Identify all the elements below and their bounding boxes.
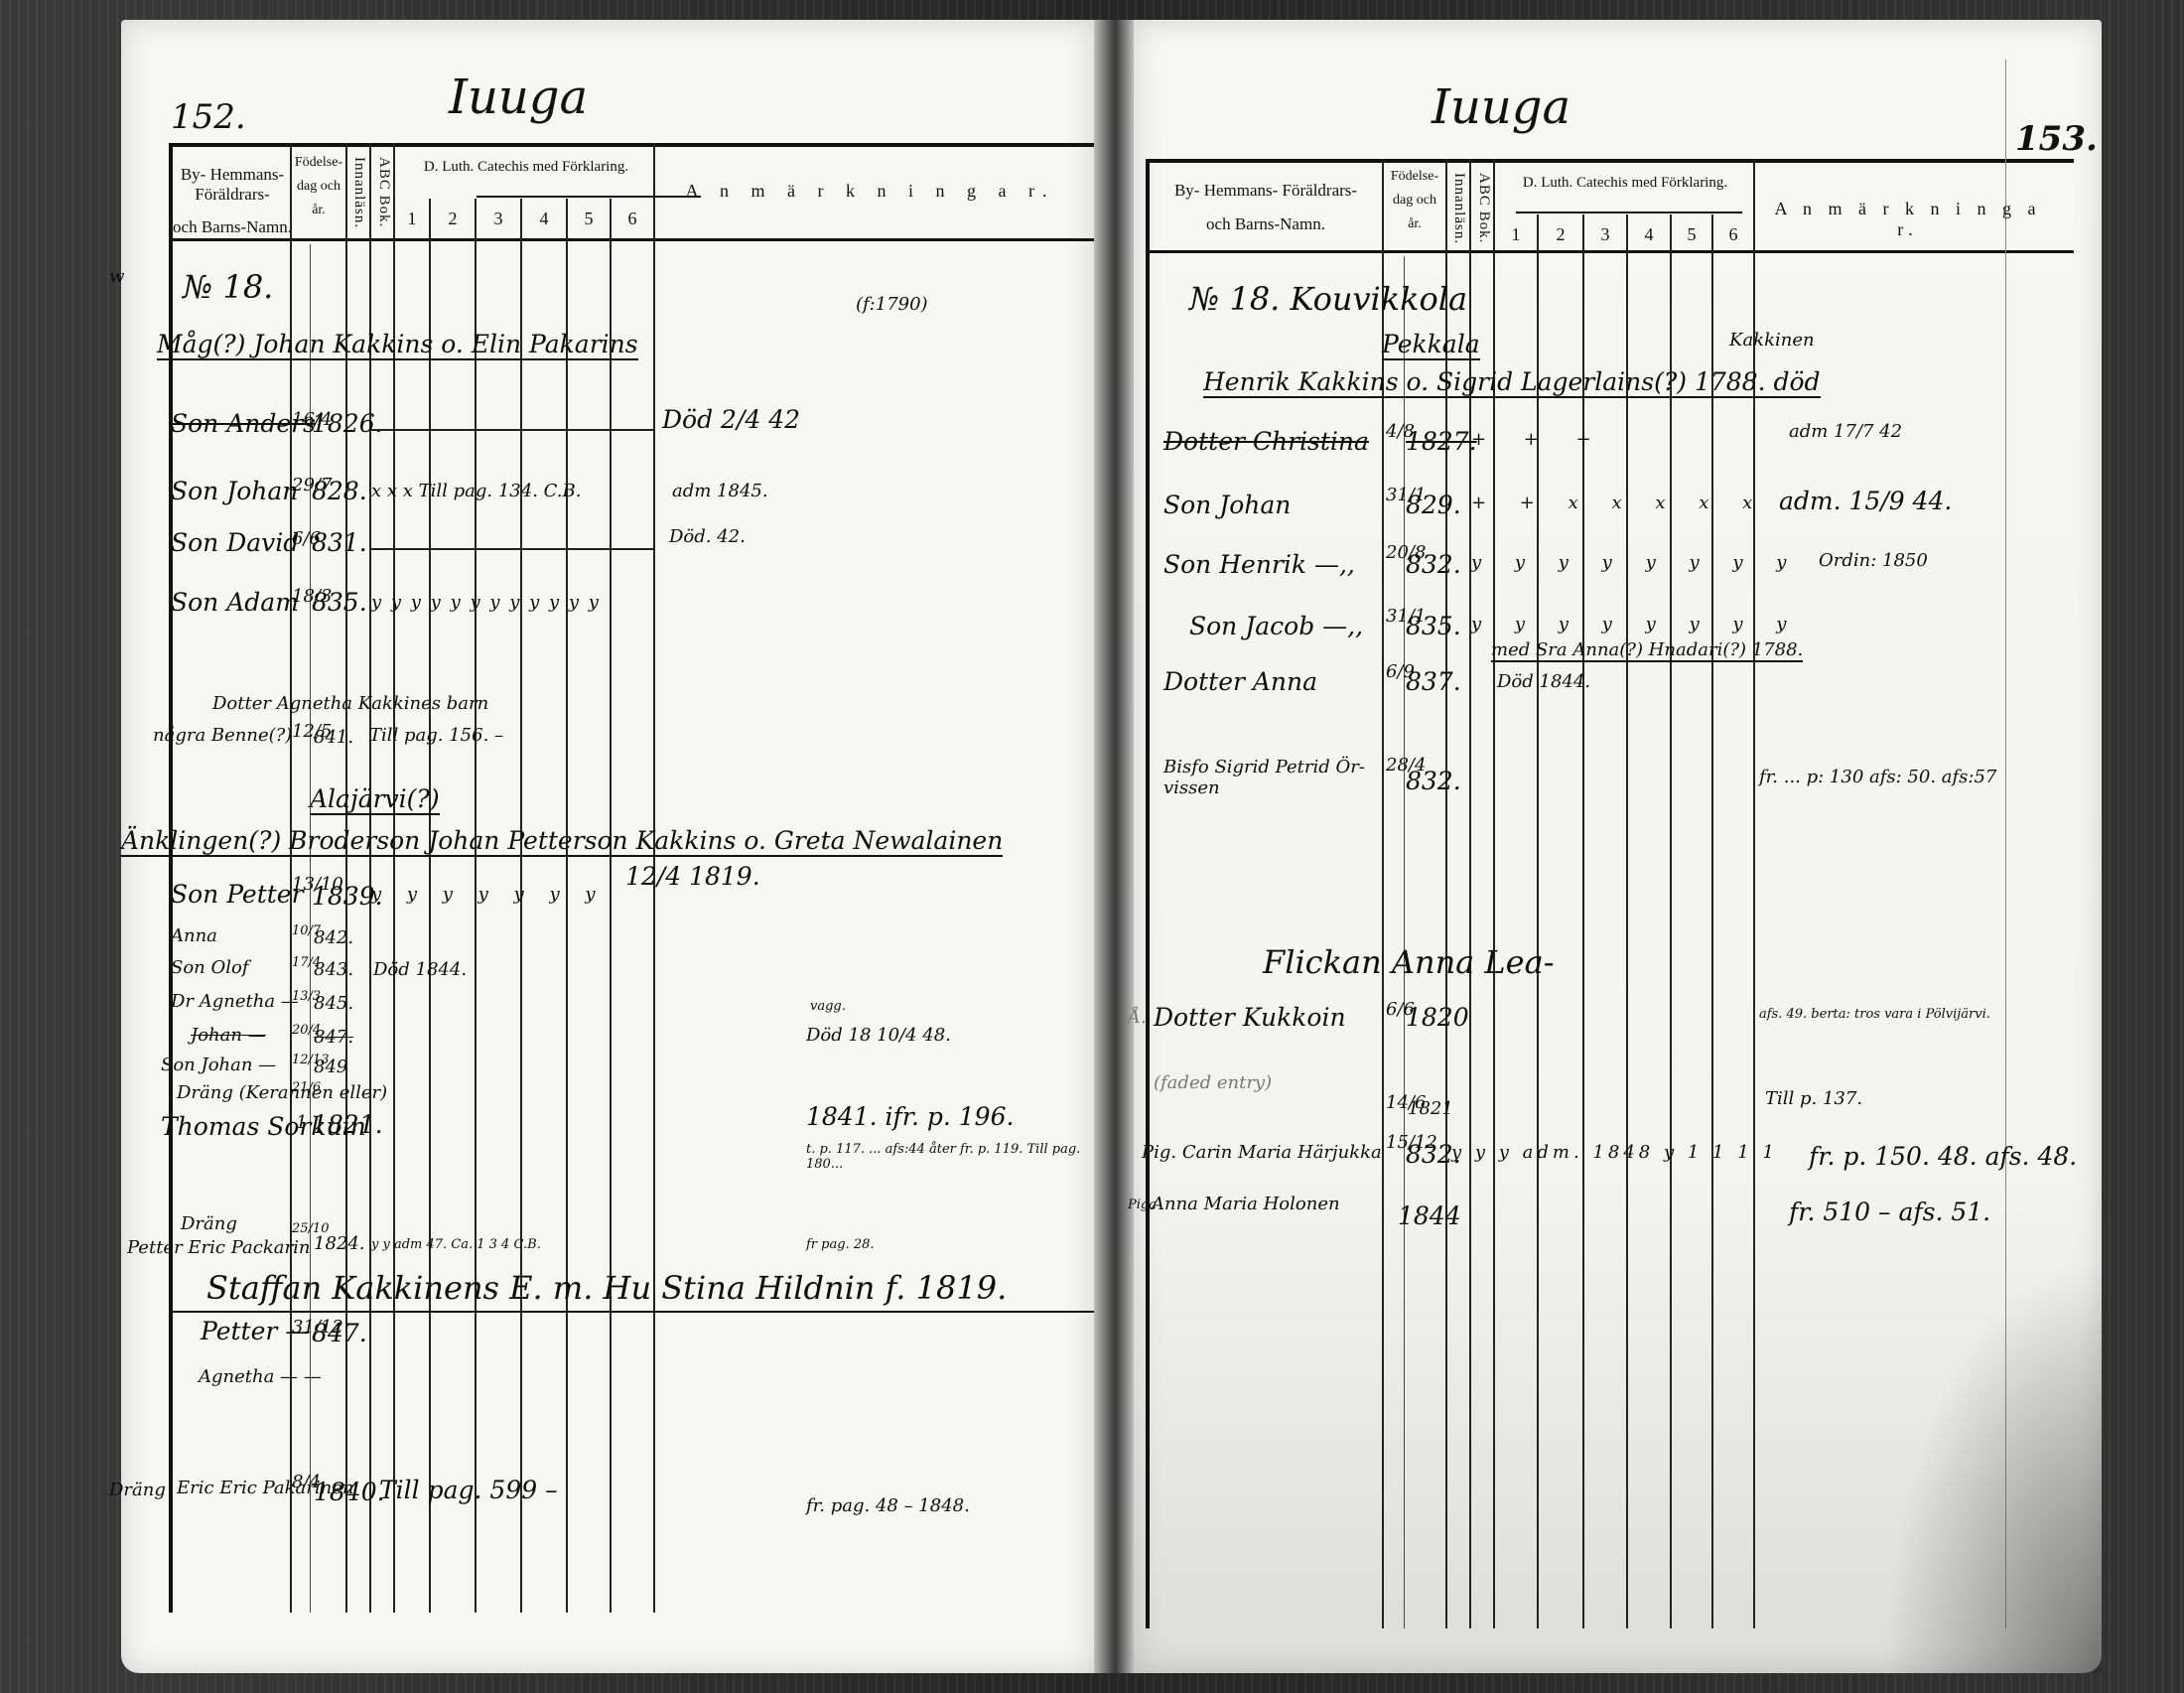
entry-remark: adm. 15/9 44. [1779, 487, 1952, 515]
entry-year: 832. [1406, 550, 1461, 579]
header-cat-col-4: 4 [522, 209, 566, 229]
entry-margin: Dräng [109, 1480, 166, 1500]
header-catechism: D. Luth. Catechis med Förklaring. [1495, 175, 1755, 192]
entry-name: Dotter Agnetha Kakkines barn [212, 693, 488, 714]
parents-line: Henrik Kakkins o. Sigrid Lagerlains(?) 1… [1203, 367, 1821, 398]
entry-name: Dotter Anna [1163, 667, 1317, 696]
entry-name: Dotter Christina [1163, 427, 1369, 456]
entry-name: Dotter Kukkoin [1154, 1003, 1346, 1032]
header-catechism: D. Luth. Catechis med Förklaring. [397, 159, 655, 176]
entry-remark: Död 2/4 42 [662, 405, 800, 434]
entry-name: Dräng (Kerannen eller) [177, 1082, 387, 1103]
entry-name: Son David [171, 528, 299, 557]
entry-name: Son Johan — [161, 1055, 276, 1075]
entry-name: Son Jacob —,, [1189, 612, 1363, 640]
header-cat-col-5: 5 [1672, 224, 1711, 245]
entry-name: några Benne(?) [153, 725, 292, 746]
header-names-line1: By- Hemmans- Föräldrars- [1150, 181, 1382, 201]
header-names: By- Hemmans- Föräldrars- och Barns-Namn. [173, 165, 292, 237]
entry-year: 841. [314, 727, 353, 748]
header-cat-col-2: 2 [431, 209, 475, 229]
entry-remark: fr pag. 28. [806, 1237, 875, 1252]
col-line-cat4 [1670, 214, 1672, 1628]
table-top-rule [169, 143, 1094, 147]
entry-year: 832. [1406, 767, 1461, 795]
entry-marks: y y y y y y y [371, 884, 606, 905]
entry-remark: fr. p. 150. 48. afs. 48. [1809, 1142, 2077, 1171]
parents-line: Änklingen(?) Broderson Johan Petterson K… [121, 826, 1003, 857]
entry-year: 1820 [1406, 1003, 1469, 1032]
header-names-line2: och Barns-Namn. [1150, 214, 1382, 234]
surname-above: Kakkinen [1729, 330, 1815, 351]
col-line-cat1 [1537, 214, 1539, 1628]
entry-margin: Å. [1128, 1007, 1147, 1028]
header-cat-col-4: 4 [1628, 224, 1670, 245]
entry-name: Anna [171, 925, 217, 946]
entry-marks: + + + [1471, 429, 1607, 450]
ledger-left-border [1146, 159, 1150, 1628]
entry-remark: adm 17/7 42 [1789, 421, 1902, 442]
entry-remark: Död. 42. [669, 526, 746, 547]
entry-name: Son Johan [171, 477, 298, 505]
entry-remark: Ordin: 1850 [1819, 550, 1928, 571]
entry-marks: x x x Till pag. 134. C.B. [371, 481, 581, 501]
entry-marks: y y y y y y y y [1471, 614, 1800, 635]
header-birth-line1: Födelse- [1384, 169, 1445, 185]
entry-marks: y y adm 47. Ca. 1 3 4 C.B. [371, 1237, 541, 1252]
entry-remark: fr. pag. 48 – 1848. [806, 1495, 970, 1516]
entry-remark: Död 18 10/4 48. [806, 1025, 951, 1046]
entry-name: Agnetha — — [199, 1366, 322, 1387]
catechism-subheader-rule [1516, 212, 1742, 213]
entry-year: 1826. [312, 409, 383, 438]
header-cat-col-6: 6 [1713, 224, 1753, 245]
col-line-cat3 [520, 199, 522, 1613]
left-page: 152. Iuuga By- Hemmans- Föräldrars- och … [121, 20, 1094, 1673]
entry-dash [369, 548, 653, 550]
header-cat-col-1: 1 [395, 209, 429, 229]
entry-marks: y y y y y y y y y y y y [371, 592, 601, 613]
parents-line: Staffan Kakkinens E. m. Hu Stina Hildnin… [206, 1269, 1007, 1307]
header-remarks: A n m ä r k n i n g a r. [1759, 199, 2057, 239]
header-birth-line3: år. [1384, 216, 1445, 232]
entry-marks: Död 1844. [373, 959, 467, 980]
header-cat-col-5: 5 [568, 209, 610, 229]
col-line-abc [393, 143, 395, 1613]
col-line-cat5 [1711, 214, 1713, 1628]
header-cat-col-1: 1 [1495, 224, 1537, 245]
header-birth: Födelse- dag och år. [1384, 169, 1445, 232]
entry-remark: t. p. 117. ... afs:44 åter fr. p. 119. T… [806, 1142, 1084, 1172]
col-line-cat5 [610, 199, 612, 1613]
parish-title: Iuuga [1432, 79, 1570, 135]
header-abc-bok: ABC Bok. [372, 153, 392, 232]
header-birth-line2: dag och [292, 179, 345, 195]
entry-year: 1844 [1398, 1201, 1461, 1230]
entry-day: 21/6 [292, 1080, 321, 1095]
entry-year: 847. [312, 1319, 367, 1347]
entry-name: Son Henrik —,, [1163, 550, 1355, 579]
col-line-innanlasn [369, 143, 371, 1613]
entry-marks: Till pag. 156. – [369, 725, 503, 746]
header-names-line1: By- Hemmans- Föräldrars- [173, 165, 292, 204]
entry-year: 835. [1406, 612, 1461, 640]
entry-name: Dräng [181, 1213, 237, 1234]
entry-name: Bisfo Sigrid Petrid Ör- vissen [1163, 757, 1372, 798]
entry-marks: + + x x x x x [1471, 493, 1766, 513]
page-edge-rule [2005, 60, 2006, 1628]
header-cat-col-6: 6 [612, 209, 653, 229]
entry-year: 842. [314, 927, 353, 948]
entry-year: 829. [1406, 491, 1461, 519]
header-birth: Födelse- dag och år. [292, 155, 345, 218]
table-top-rule [1146, 159, 2074, 163]
header-birth-line1: Födelse- [292, 155, 345, 171]
entry-dash [369, 429, 653, 431]
entry-remark: fr. 510 – afs. 51. [1789, 1198, 1990, 1226]
col-line-cat2 [475, 199, 477, 1613]
parents-note: (f:1790) [856, 294, 928, 315]
entry-marks: Död 1844. [1497, 671, 1590, 692]
annotation: med Sra Anna(?) Hnadari(?) 1788. [1491, 639, 1803, 662]
page-number: 152. [171, 97, 246, 137]
header-cat-col-2: 2 [1539, 224, 1582, 245]
entry-year: 835. [312, 588, 367, 617]
header-abc-bok: ABC Bok. [1472, 169, 1492, 248]
header-innanlasn: Innanläsn. [347, 153, 367, 232]
header-birth-line3: år. [292, 203, 345, 218]
entry-marks: Till pag. 599 – [379, 1476, 558, 1504]
col-line-cat3 [1626, 214, 1628, 1628]
col-line-cat1 [429, 199, 431, 1613]
parents-line: Måg(?) Johan Kakkins o. Elin Pakarins [157, 330, 638, 360]
entry-year: 831. [312, 528, 367, 557]
household-number: № 18. [183, 268, 273, 306]
entry-year: 845. [314, 993, 353, 1014]
entry-name: Son Petter [171, 880, 304, 909]
entry-year: 849 [314, 1057, 347, 1077]
entry-year: 847. [314, 1027, 353, 1048]
header-cat-col-3: 3 [1584, 224, 1626, 245]
entry-name: Petter Eric Packarin [127, 1237, 310, 1258]
entry-remark: vagg. [810, 999, 846, 1014]
col-line-cat2 [1582, 214, 1584, 1628]
entry-name: Son Olof [171, 957, 249, 978]
entry-name: Anna Maria Holonen [1152, 1194, 1340, 1214]
entry-year: 1840. [314, 1478, 385, 1506]
header-names-line2: och Barns-Namn. [173, 217, 292, 237]
header-birth-line2: dag och [1384, 193, 1445, 209]
household-number: № 18. Kouvikkola [1189, 280, 1467, 318]
right-page: Iuuga 153. By- Hemmans- Föräldrars- och … [1134, 20, 2102, 1673]
entry-marks: y y y adm. 1848 y 1 1 1 1 [1451, 1142, 1778, 1163]
entry-year: 843. [314, 959, 353, 980]
entry-year: 837. [1406, 667, 1461, 696]
entry-name: (faded entry) [1154, 1072, 1272, 1093]
section-divider [173, 1311, 1094, 1313]
entry-remark: Till p. 137. [1765, 1088, 1862, 1109]
col-line-day [1404, 256, 1405, 1628]
header-names: By- Hemmans- Föräldrars- och Barns-Namn. [1150, 181, 1382, 233]
header-bottom-rule [173, 238, 1094, 241]
entry-year: 1821. [312, 1110, 383, 1139]
entry-name: Johan — [191, 1025, 266, 1046]
header-innanlasn: Innanläsn. [1447, 169, 1467, 248]
entry-remark: adm 1845. [672, 481, 768, 501]
entry-name: Pig. Carin Maria Härjukka [1142, 1142, 1382, 1163]
header-remarks: A n m ä r k n i n g a r. [657, 181, 1084, 202]
entry-year: 1827. [1406, 427, 1477, 456]
entry-remark: afs. 49. berta: tros vara i Pölvijärvi. [1759, 1007, 2007, 1022]
ledger-left-border [169, 143, 173, 1613]
page-number: 153. [2015, 119, 2098, 159]
household-heading: Flickan Anna Lea- [1263, 943, 1555, 981]
entry-name: Dr Agnetha — [171, 991, 299, 1012]
entry-year: 1824. [314, 1233, 365, 1254]
parents-date: 12/4 1819. [625, 862, 760, 891]
entry-remark: fr. ... p: 130 afs: 50. afs:57 [1759, 767, 1996, 787]
entry-year: 828. [312, 477, 367, 505]
entry-name: Son Adam [171, 588, 299, 617]
header-cat-col-3: 3 [477, 209, 520, 229]
col-line-cat4 [566, 199, 568, 1613]
col-line-birth [345, 143, 347, 1613]
entry-day: 1 [296, 1112, 307, 1133]
entry-year: 1821 [1408, 1098, 1453, 1119]
farm-name: Pekkala [1382, 330, 1480, 360]
header-bottom-rule [1150, 250, 2074, 253]
entry-name: Son Johan [1163, 491, 1291, 519]
entry-remark: 1841. ifr. p. 196. [806, 1102, 1014, 1131]
book-gutter [1094, 20, 1134, 1673]
place-name: Alajärvi(?) [310, 784, 440, 815]
margin-mark: w [109, 266, 124, 287]
entry-marks: y y y y y y y y [1471, 552, 1800, 573]
parish-title: Iuuga [449, 70, 588, 125]
